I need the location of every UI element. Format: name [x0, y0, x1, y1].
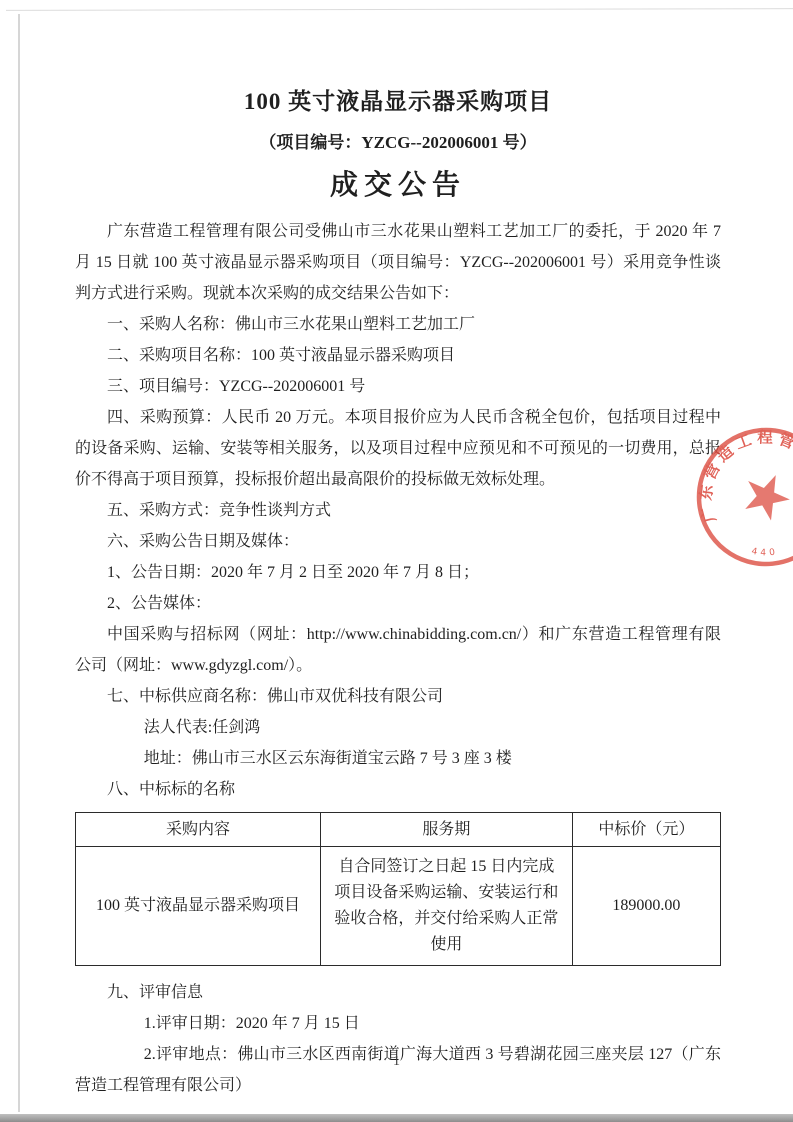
seal-company-text: 广东营造工程管理有限公司 [686, 417, 793, 558]
announcement-heading: 成交公告 [75, 166, 721, 206]
paragraph-intro: 广东营造工程管理有限公司受佛山市三水花果山塑料工艺加工厂的委托，于 2020 年… [75, 216, 721, 309]
paragraph-item1-buyer: 一、采购人名称：佛山市三水花果山塑料工艺加工厂 [75, 309, 721, 340]
company-seal-stamp: 广东营造工程管理有限公司 4406 [686, 417, 793, 577]
cell-award-price: 189000.00 [572, 847, 720, 966]
document-page: 100 英寸液晶显示器采购项目 （项目编号：YZCG--202006001 号）… [0, 0, 793, 1122]
scan-edge-bottom [0, 1114, 793, 1122]
award-table-row: 100 英寸液晶显示器采购项目 自合同签订之日起 15 日内完成项目设备采购运输… [76, 847, 721, 966]
paragraph-item9-review: 九、评审信息 [75, 977, 721, 1008]
paragraph-item5-method: 五、采购方式：竞争性谈判方式 [75, 495, 721, 526]
paragraph-item7-winner: 七、中标供应商名称：佛山市双优科技有限公司 [75, 681, 721, 712]
seal-star-icon [737, 466, 793, 524]
award-table: 采购内容 服务期 中标价（元） 100 英寸液晶显示器采购项目 自合同签订之日起… [75, 812, 721, 966]
paragraph-item2-project-name: 二、采购项目名称：100 英寸液晶显示器采购项目 [75, 340, 721, 371]
scan-edge-left [18, 14, 20, 1112]
column-header-service-period: 服务期 [321, 813, 573, 847]
paragraph-item9-review-date: 1.评审日期：2020 年 7 月 15 日 [75, 1008, 721, 1039]
paragraph-item9-review-location: 2.评审地点：佛山市三水区西南街道广海大道西 3 号碧湖花园三座夹层 127（广… [75, 1039, 721, 1101]
paragraph-item3-project-number: 三、项目编号：YZCG--202006001 号 [75, 371, 721, 402]
paragraph-item6-announcement: 六、采购公告日期及媒体： [75, 526, 721, 557]
svg-text:广东营造工程管理有限公司: 广东营造工程管理有限公司 [686, 417, 793, 558]
paragraph-item7-address: 地址：佛山市三水区云东海街道宝云路 7 号 3 座 3 楼 [75, 743, 721, 774]
paragraph-item4-budget: 四、采购预算：人民币 20 万元。本项目报价应为人民币含税全包价，包括项目过程中… [75, 402, 721, 495]
award-table-header-row: 采购内容 服务期 中标价（元） [76, 813, 721, 847]
cell-procurement-content: 100 英寸液晶显示器采购项目 [76, 847, 321, 966]
document-content: 100 英寸液晶显示器采购项目 （项目编号：YZCG--202006001 号）… [75, 86, 721, 1101]
paragraph-item6-media: 中国采购与招标网（网址：http://www.chinabidding.com.… [75, 619, 721, 681]
cell-service-period: 自合同签订之日起 15 日内完成项目设备采购运输、安装运行和验收合格，并交付给采… [321, 847, 573, 966]
scan-edge-top [6, 8, 793, 11]
paragraph-item6-media-label: 2、公告媒体： [75, 588, 721, 619]
page-number: 1 [0, 1054, 793, 1070]
project-number-subtitle: （项目编号：YZCG--202006001 号） [75, 130, 721, 156]
column-header-procurement-content: 采购内容 [76, 813, 321, 847]
paragraph-item7-legal-rep: 法人代表:任剑鸿 [75, 712, 721, 743]
paragraph-item6-date: 1、公告日期：2020 年 7 月 2 日至 2020 年 7 月 8 日； [75, 557, 721, 588]
paragraph-item8-award-name: 八、中标标的名称 [75, 774, 721, 805]
column-header-award-price: 中标价（元） [572, 813, 720, 847]
page-title: 100 英寸液晶显示器采购项目 [75, 86, 721, 118]
